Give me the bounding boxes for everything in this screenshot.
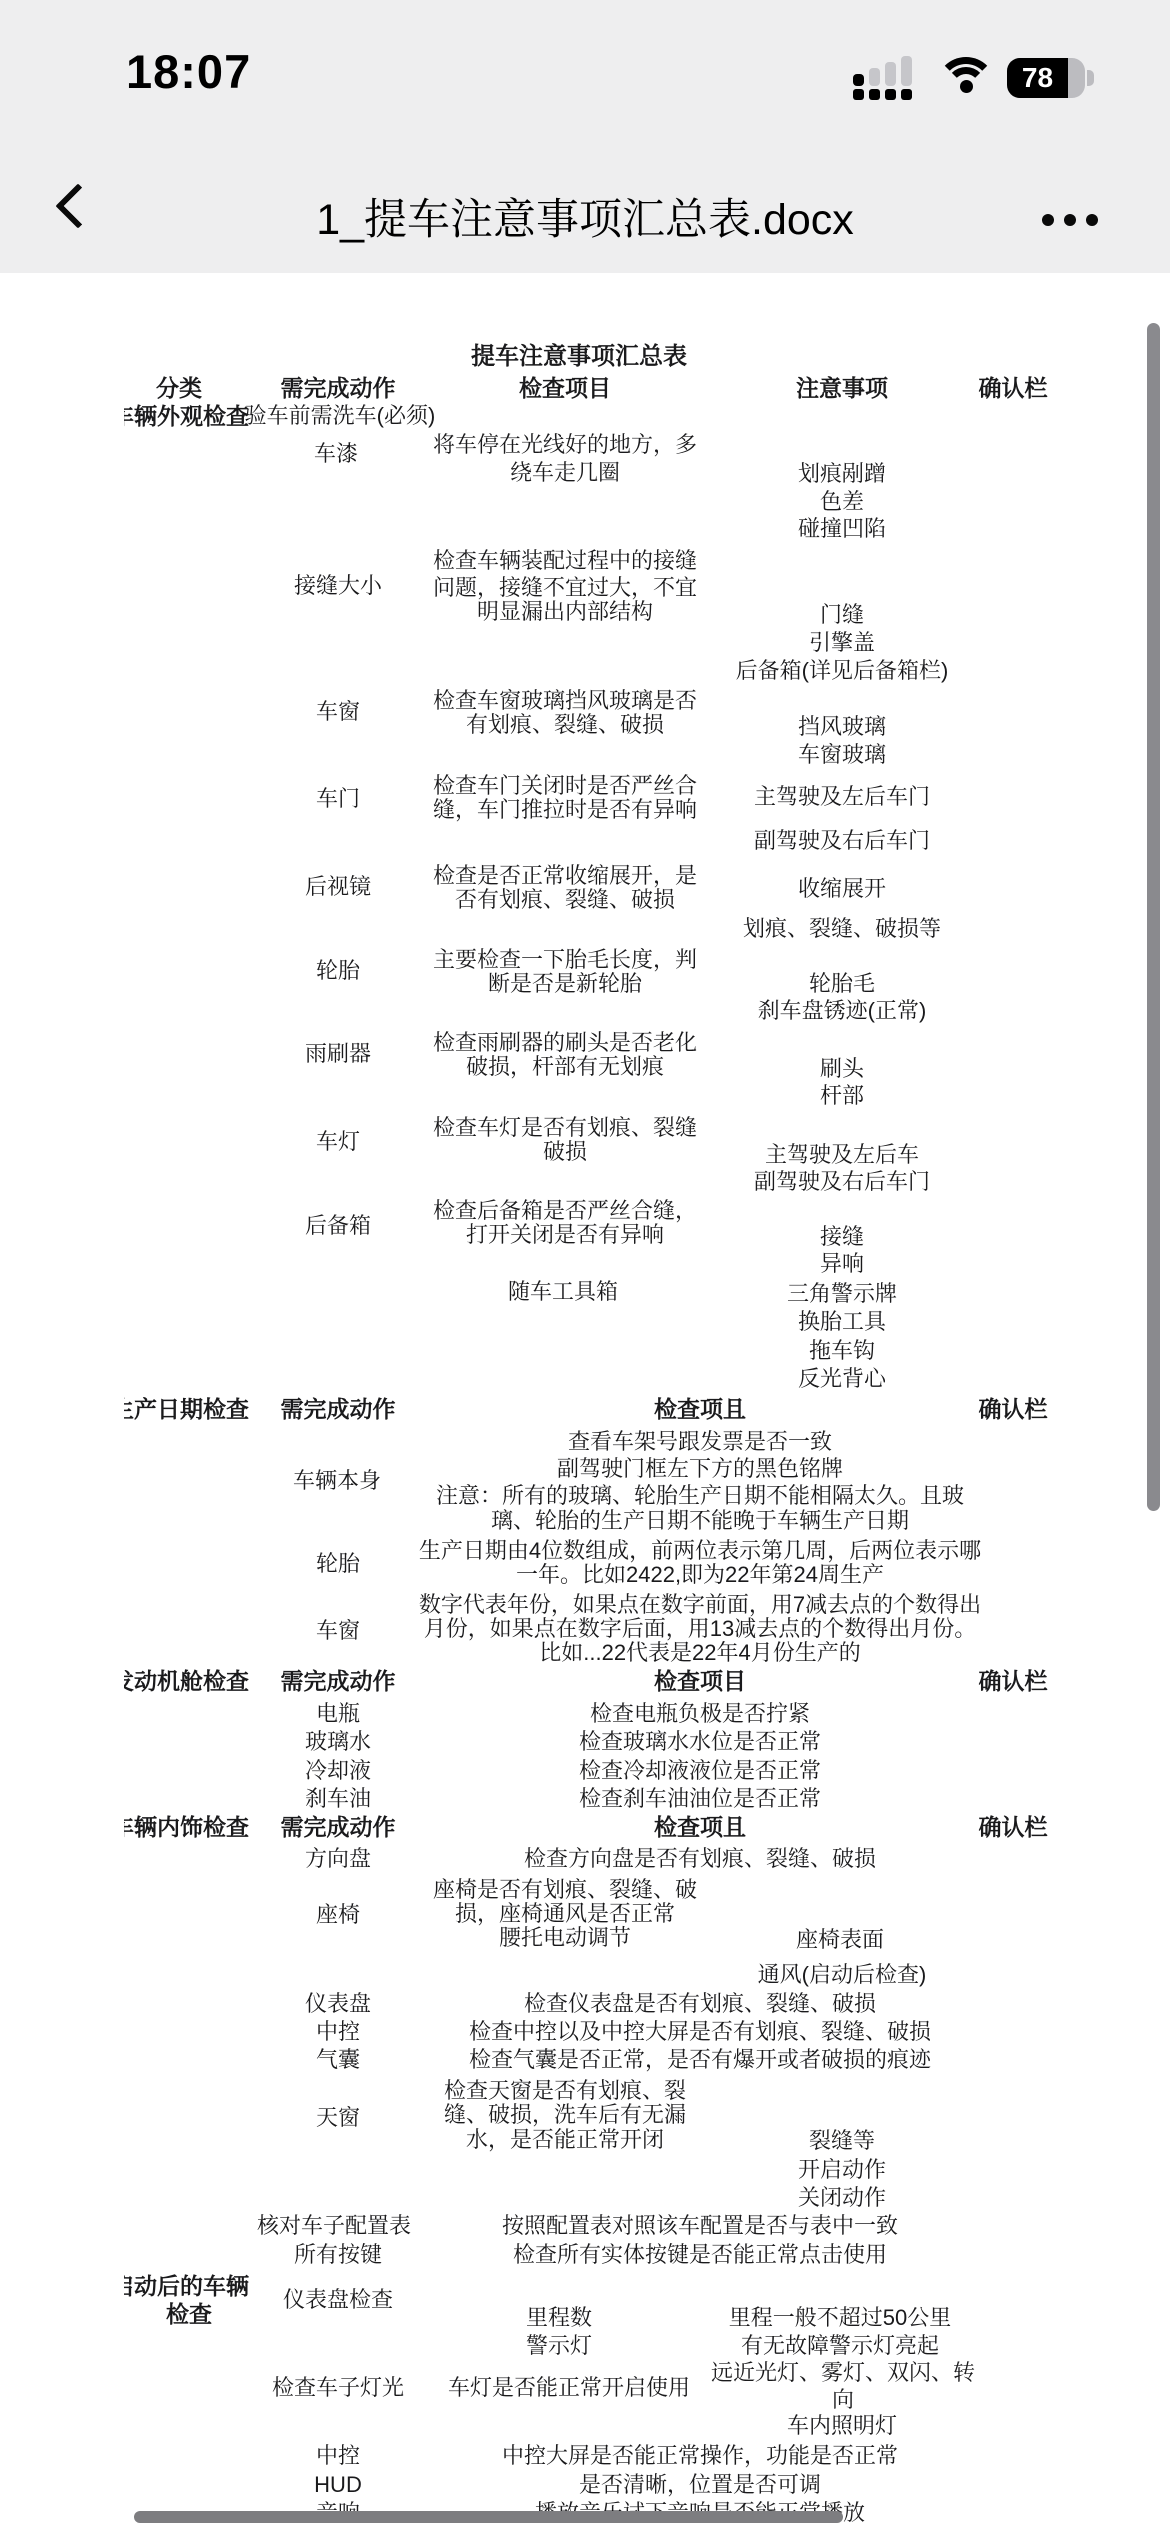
doc-line: 后备箱(详见后备箱栏): [736, 657, 949, 685]
col-header-action: 需完成动作: [281, 1395, 396, 1423]
section-label-after-start: 启动后的车辆: [124, 2272, 284, 2301]
section-label-engine-bay: 发动机舱检查: [124, 1667, 284, 1696]
doc-line: 拖车钩: [809, 1337, 875, 1365]
doc-line: 划痕、裂缝、破损等: [743, 915, 941, 943]
doc-line: 碰撞凹陷: [798, 515, 886, 543]
doc-line: 有划痕、裂缝、破损: [466, 711, 664, 739]
vertical-scrollbar[interactable]: [1147, 323, 1160, 1511]
doc-line: 关闭动作: [798, 2184, 886, 2212]
doc-line: 气囊: [316, 2046, 360, 2074]
doc-line: 检查方向盘是否有划痕、裂缝、破损: [524, 1845, 876, 1873]
doc-line: 后备箱: [305, 1212, 371, 1240]
doc-line: 一年。比如2422,即为22年第24周生产: [516, 1561, 884, 1589]
doc-line: 车漆: [314, 440, 358, 468]
doc-line: 副驾驶及右后车门: [754, 827, 930, 855]
doc-line: 副驾驶及右后车门: [754, 1168, 930, 1196]
doc-line: 有无故障警示灯亮起: [741, 2332, 939, 2360]
horizontal-scrollbar[interactable]: [134, 2511, 843, 2523]
col-header-check-item: 检查项目: [519, 374, 611, 402]
col-header-action: 需完成动作: [281, 374, 396, 402]
doc-line: 破损: [543, 1138, 587, 1166]
doc-line: 随车工具箱: [508, 1278, 618, 1306]
section-label-production-date: 生产日期检查: [124, 1395, 284, 1424]
doc-line: 查看车架号跟发票是否一致: [568, 1428, 832, 1456]
doc-line: 车灯是否能正常开启使用: [448, 2374, 690, 2402]
doc-line: 刹车油: [305, 1785, 371, 1813]
doc-line: 座椅表面: [796, 1926, 884, 1954]
doc-line: 电瓶: [316, 1700, 360, 1728]
doc-line: 仪表盘检查: [283, 2286, 393, 2314]
doc-line: 断是否是新轮胎: [488, 970, 642, 998]
doc-line: 注意：所有的玻璃、轮胎生产日期不能相隔太久。且玻: [436, 1482, 964, 1510]
doc-line: 冷却液: [305, 1757, 371, 1785]
doc-line: 警示灯: [526, 2332, 592, 2360]
col-header-confirm: 确认栏: [979, 1395, 1048, 1423]
section-label-after-start-line2: 检查: [166, 2300, 212, 2328]
col-header-notes: 注意事项: [796, 374, 888, 402]
doc-line: 刷头: [820, 1055, 864, 1083]
doc-line: 划痕剐蹭: [798, 460, 886, 488]
doc-line: 轮胎: [316, 957, 360, 985]
doc-line: 按照配置表对照该车配置是否与表中一致: [502, 2212, 898, 2240]
doc-line: 主驾驶及左后车门: [754, 783, 930, 811]
doc-line: 主驾驶及左后车: [765, 1141, 919, 1169]
doc-line: 车窗: [316, 698, 360, 726]
doc-line: 方向盘: [305, 1845, 371, 1873]
doc-line: 向: [832, 2386, 854, 2414]
doc-line: 门缝: [820, 601, 864, 629]
doc-line: 核对车子配置表: [257, 2212, 411, 2240]
doc-line: 检查刹车油油位是否正常: [579, 1785, 821, 1813]
doc-title: 提车注意事项汇总表: [471, 343, 687, 371]
doc-line: 通风(启动后检查): [758, 1961, 927, 1989]
doc-line: 检查中控以及中控大屏是否有划痕、裂缝、破损: [469, 2018, 931, 2046]
doc-line: 破损，杆部有无划痕: [466, 1053, 664, 1081]
doc-line: 中控大屏是否能正常操作，功能是否正常: [502, 2442, 898, 2470]
phone-screen: 18:07 78 1_提车注意事项汇总表.docx 提车注意事项汇总表 分类 需…: [0, 0, 1170, 2532]
document-view[interactable]: 提车注意事项汇总表 分类 需完成动作 检查项目 注意事项 确认栏 车辆外观检查 …: [0, 0, 1170, 2532]
doc-line: 座椅: [316, 1901, 360, 1929]
section-label-interior: 车辆内饰检查: [124, 1813, 284, 1842]
doc-line: 杆部: [820, 1082, 864, 1110]
col-header-confirm: 确认栏: [979, 1667, 1048, 1695]
doc-line: 检查电瓶负极是否拧紧: [590, 1700, 810, 1728]
doc-line: 收缩展开: [798, 875, 886, 903]
doc-line: 里程数: [526, 2304, 592, 2332]
doc-line: 腰托电动调节: [499, 1924, 631, 1952]
doc-line: 中控: [316, 2018, 360, 2046]
doc-line: 开启动作: [798, 2156, 886, 2184]
col-header-check-item: 检查项且: [654, 1813, 746, 1841]
doc-line: 检查冷却液液位是否正常: [579, 1757, 821, 1785]
doc-line: 换胎工具: [798, 1308, 886, 1336]
doc-line: 明显漏出内部结构: [477, 598, 653, 626]
doc-line: 车窗: [316, 1617, 360, 1645]
col-header-category: 分类: [156, 374, 202, 402]
doc-line: 接缝大小: [294, 572, 382, 600]
doc-line: 检查车辆装配过程中的接缝: [433, 547, 697, 575]
doc-line: 缝，车门推拉时是否有异响: [433, 796, 697, 824]
doc-line: 反光背心: [798, 1365, 886, 1393]
col-header-check-item: 检查项且: [654, 1395, 746, 1423]
col-header-confirm: 确认栏: [979, 1813, 1048, 1841]
doc-line: 验车前需洗车(必须): [245, 402, 436, 430]
doc-line: 水，是否能正常开闭: [466, 2126, 664, 2154]
doc-line: 里程一般不超过50公里: [729, 2304, 951, 2332]
doc-line: 检查车子灯光: [272, 2374, 404, 2402]
col-header-check-item: 检查项目: [654, 1667, 746, 1695]
doc-line: 车门: [316, 785, 360, 813]
doc-line: 比如...22代表是22年4月份生产的: [539, 1639, 861, 1667]
doc-line: 天窗: [316, 2104, 360, 2132]
doc-line: 检查气囊是否正常，是否有爆开或者破损的痕迹: [469, 2046, 931, 2074]
doc-line: 绕车走几圈: [510, 459, 620, 487]
doc-line: 所有按键: [294, 2241, 382, 2269]
doc-line: 车窗玻璃: [798, 741, 886, 769]
doc-line: 远近光灯、雾灯、双闪、转: [711, 2359, 975, 2387]
doc-line: 是否清晰，位置是否可调: [579, 2471, 821, 2499]
col-header-action: 需完成动作: [281, 1667, 396, 1695]
doc-line: 雨刷器: [305, 1040, 371, 1068]
doc-line: 检查所有实体按键是否能正常点击使用: [513, 2241, 887, 2269]
doc-line: 色差: [820, 488, 864, 516]
doc-line: 接缝: [820, 1223, 864, 1251]
doc-line: 引擎盖: [809, 629, 875, 657]
doc-line: HUD: [314, 2471, 362, 2499]
doc-line: 车灯: [316, 1128, 360, 1156]
doc-line: 检查仪表盘是否有划痕、裂缝、破损: [524, 1990, 876, 2018]
doc-line: 仪表盘: [305, 1990, 371, 2018]
doc-line: 车辆本身: [293, 1467, 381, 1495]
doc-line: 刹车盘锈迹(正常): [758, 997, 927, 1025]
doc-line: 后视镜: [305, 873, 371, 901]
doc-line: 轮胎毛: [809, 970, 875, 998]
doc-line: 玻璃水: [305, 1728, 371, 1756]
col-header-action: 需完成动作: [281, 1813, 396, 1841]
doc-line: 否有划痕、裂缝、破损: [455, 886, 675, 914]
doc-line: 副驾驶门框左下方的黑色铭牌: [557, 1455, 843, 1483]
col-header-confirm: 确认栏: [979, 374, 1048, 402]
doc-line: 三角警示牌: [787, 1280, 897, 1308]
doc-line: 中控: [316, 2442, 360, 2470]
doc-line: 异响: [820, 1250, 864, 1278]
doc-line: 检查玻璃水水位是否正常: [579, 1728, 821, 1756]
doc-line: 将车停在光线好的地方，多: [433, 431, 697, 459]
doc-line: 打开关闭是否有异响: [466, 1221, 664, 1249]
doc-line: 璃、轮胎的生产日期不能晚于车辆生产日期: [491, 1507, 909, 1535]
doc-line: 裂缝等: [809, 2127, 875, 2155]
doc-line: 缝、破损，洗车后有无漏: [444, 2101, 686, 2129]
doc-line: 轮胎: [316, 1550, 360, 1578]
doc-line: 挡风玻璃: [798, 713, 886, 741]
doc-line: 车内照明灯: [787, 2412, 897, 2440]
